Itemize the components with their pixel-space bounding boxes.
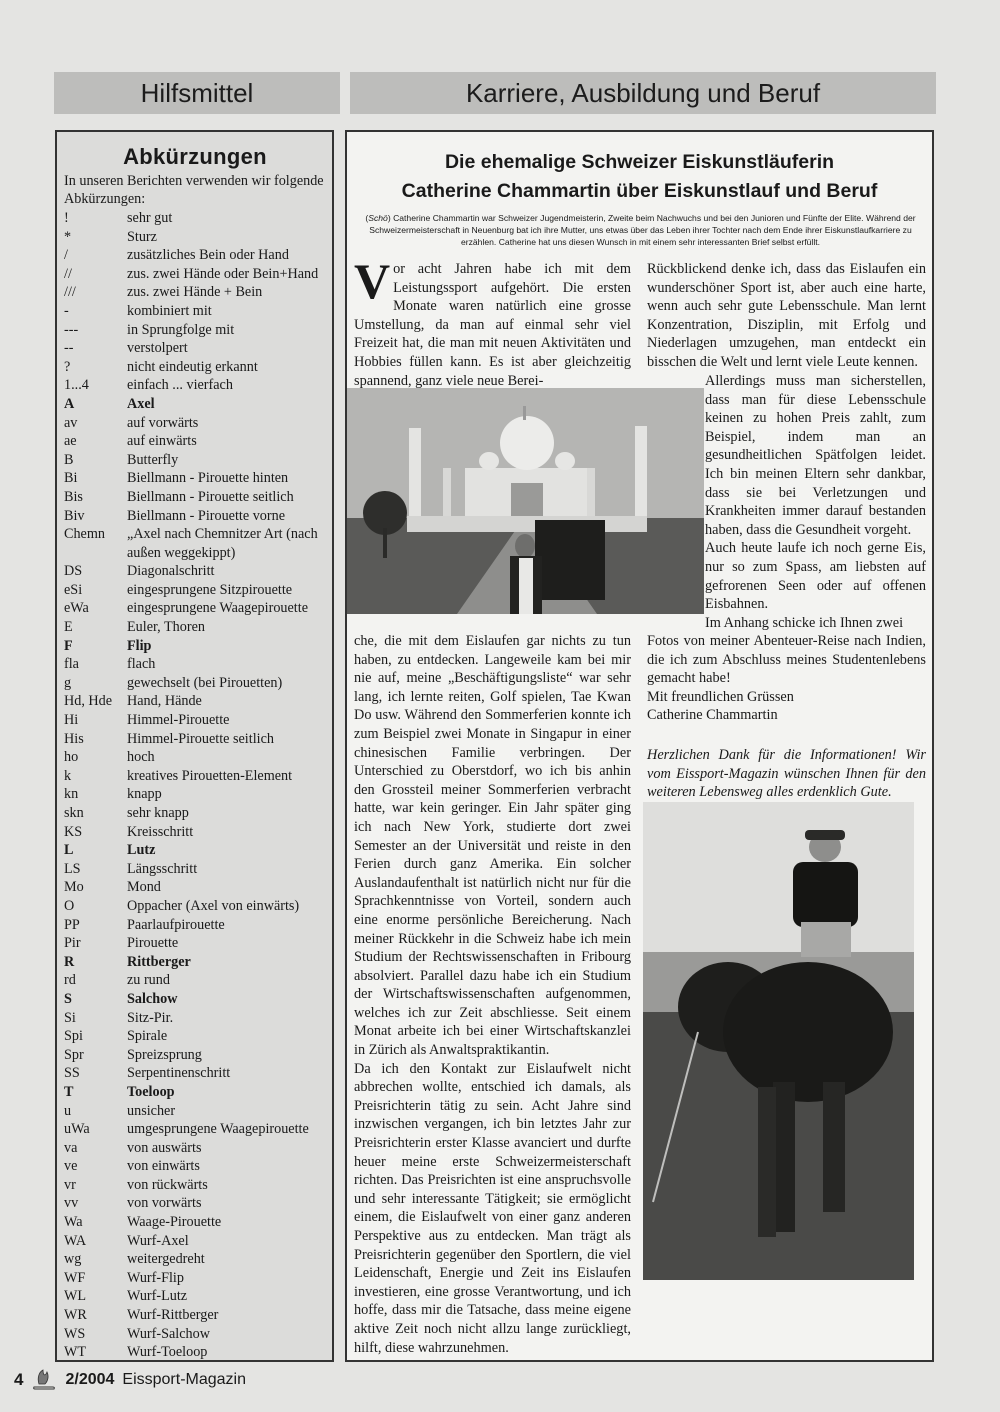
lead-author: Schö xyxy=(368,213,388,223)
abbreviation-meaning: weitergedreht xyxy=(127,1250,326,1269)
abbreviation-key: Spr xyxy=(64,1046,127,1065)
abbreviation-row: vrvon rückwärts xyxy=(64,1176,326,1195)
abbreviation-row: BisBiellmann - Pirouette seitlich xyxy=(64,488,326,507)
photo-taj-mahal xyxy=(347,388,704,614)
abbreviation-meaning: nicht eindeutig erkannt xyxy=(127,358,326,377)
abbreviation-row: WSWurf-Salchow xyxy=(64,1325,326,1344)
abbreviation-meaning: „Axel nach Chemnitzer Art (nach außen we… xyxy=(127,525,326,562)
photo-camel-ride xyxy=(643,802,914,1280)
article-lead: (Schö) Catherine Chammartin war Schweize… xyxy=(355,212,926,248)
abbreviation-row: SSalchow xyxy=(64,990,326,1009)
abbreviation-meaning: Mond xyxy=(127,878,326,897)
abbreviation-meaning: Wurf-Lutz xyxy=(127,1287,326,1306)
abbreviation-row: KSKreisschritt xyxy=(64,823,326,842)
abbreviation-row: WRWurf-Rittberger xyxy=(64,1306,326,1325)
abbreviation-key: WR xyxy=(64,1306,127,1325)
abbreviation-row: eSieingesprungene Sitzpirouette xyxy=(64,581,326,600)
abbreviation-meaning: Butterfly xyxy=(127,451,326,470)
abbreviation-key: Biv xyxy=(64,507,127,526)
abbreviation-meaning: Kreisschritt xyxy=(127,823,326,842)
abbreviation-meaning: Wurf-Toeloop xyxy=(127,1343,326,1362)
abbreviation-key: ae xyxy=(64,432,127,451)
abbreviation-meaning: Wurf-Salchow xyxy=(127,1325,326,1344)
article-paragraph: Rückblickend denke ich, dass das Eislauf… xyxy=(647,260,926,372)
abbreviation-row: MoMond xyxy=(64,878,326,897)
abbreviations-box: Abkürzungen In unseren Berichten verwend… xyxy=(55,130,334,1362)
closing-greeting: Mit freundlichen Grüssen xyxy=(647,688,926,707)
abbreviation-key: Hd, Hde xyxy=(64,692,127,711)
abbreviation-row: /zusätzliches Bein oder Hand xyxy=(64,246,326,265)
article-paragraph: Im Anhang schicke ich Ihnen zwei xyxy=(705,614,926,633)
abbreviation-meaning: Hand, Hände xyxy=(127,692,326,711)
abbreviation-key: g xyxy=(64,674,127,693)
abbreviation-row: BivBiellmann - Pirouette vorne xyxy=(64,507,326,526)
article: Die ehemalige Schweizer Eiskunstläuferin… xyxy=(345,130,934,1362)
lead-text: Catherine Chammartin war Schweizer Jugen… xyxy=(369,213,915,247)
article-column1-bottom: che, die mit dem Eislaufen gar nichts zu… xyxy=(354,632,631,1357)
abbreviation-meaning: Sturz xyxy=(127,228,326,247)
abbreviation-row: ---in Sprungfolge mit xyxy=(64,321,326,340)
abbreviation-meaning: hoch xyxy=(127,748,326,767)
abbreviation-row: kkreatives Pirouetten-Element xyxy=(64,767,326,786)
abbreviation-row: WTWurf-Toeloop xyxy=(64,1343,326,1362)
abbreviation-key: WS xyxy=(64,1325,127,1344)
abbreviation-key: Si xyxy=(64,1009,127,1028)
abbreviation-meaning: in Sprungfolge mit xyxy=(127,321,326,340)
abbreviation-meaning: Biellmann - Pirouette vorne xyxy=(127,507,326,526)
abbreviations-intro: In unseren Berichten verwenden wir folge… xyxy=(64,172,326,208)
abbreviation-key: /// xyxy=(64,283,127,302)
abbreviation-key: - xyxy=(64,302,127,321)
abbreviation-key: Hi xyxy=(64,711,127,730)
abbreviation-row: OOppacher (Axel von einwärts) xyxy=(64,897,326,916)
abbreviation-row: aeauf einwärts xyxy=(64,432,326,451)
abbreviation-key: WF xyxy=(64,1269,127,1288)
abbreviation-meaning: sehr gut xyxy=(127,209,326,228)
abbreviation-key: Spi xyxy=(64,1027,127,1046)
abbreviation-meaning: flach xyxy=(127,655,326,674)
abbreviation-key: va xyxy=(64,1139,127,1158)
abbreviation-meaning: Biellmann - Pirouette hinten xyxy=(127,469,326,488)
abbreviation-row: --verstolpert xyxy=(64,339,326,358)
editor-note-text: Herzlichen Dank für die Informationen! W… xyxy=(647,746,926,802)
abbreviation-key: B xyxy=(64,451,127,470)
abbreviation-key: R xyxy=(64,953,127,972)
abbreviation-row: HiHimmel-Pirouette xyxy=(64,711,326,730)
abbreviation-meaning: verstolpert xyxy=(127,339,326,358)
abbreviation-row: Hd, HdeHand, Hände xyxy=(64,692,326,711)
abbreviation-key: SS xyxy=(64,1064,127,1083)
abbreviation-key: KS xyxy=(64,823,127,842)
abbreviation-meaning: Spirale xyxy=(127,1027,326,1046)
abbreviation-key: u xyxy=(64,1102,127,1121)
abbreviation-meaning: Axel xyxy=(127,395,326,414)
abbreviation-meaning: Längsschritt xyxy=(127,860,326,879)
abbreviation-meaning: Pirouette xyxy=(127,934,326,953)
abbreviation-key: Chemn xyxy=(64,525,127,562)
abbreviation-row: ggewechselt (bei Pirouetten) xyxy=(64,674,326,693)
abbreviation-key: ve xyxy=(64,1157,127,1176)
article-paragraph: che, die mit dem Eislaufen gar nichts zu… xyxy=(354,632,631,1060)
abbreviation-key: Mo xyxy=(64,878,127,897)
abbreviation-key: DS xyxy=(64,562,127,581)
abbreviation-key: / xyxy=(64,246,127,265)
abbreviation-meaning: Diagonalschritt xyxy=(127,562,326,581)
abbreviation-row: BButterfly xyxy=(64,451,326,470)
drop-cap: V xyxy=(354,262,390,300)
abbreviation-key: E xyxy=(64,618,127,637)
abbreviation-key: eSi xyxy=(64,581,127,600)
abbreviation-meaning: zusätzliches Bein oder Hand xyxy=(127,246,326,265)
abbreviation-key: av xyxy=(64,414,127,433)
abbreviations-title: Abkürzungen xyxy=(64,144,326,170)
abbreviation-meaning: kombiniert mit xyxy=(127,302,326,321)
abbreviation-row: SprSpreizsprung xyxy=(64,1046,326,1065)
abbreviation-key: WT xyxy=(64,1343,127,1362)
abbreviation-key: S xyxy=(64,990,127,1009)
abbreviation-row: rdzu rund xyxy=(64,971,326,990)
abbreviation-key: vr xyxy=(64,1176,127,1195)
abbreviation-row: FFlip xyxy=(64,637,326,656)
abbreviation-key: L xyxy=(64,841,127,860)
abbreviation-meaning: zus. zwei Hände + Bein xyxy=(127,283,326,302)
article-column2-closing: Fotos von meiner Abenteuer-Reise nach In… xyxy=(647,632,926,725)
abbreviation-row: sknsehr knapp xyxy=(64,804,326,823)
abbreviation-meaning: eingesprungene Waagepirouette xyxy=(127,599,326,618)
abbreviation-key: Pir xyxy=(64,934,127,953)
abbreviation-meaning: Wurf-Flip xyxy=(127,1269,326,1288)
abbreviation-row: avauf vorwärts xyxy=(64,414,326,433)
abbreviation-row: hohoch xyxy=(64,748,326,767)
article-column1-top: Vor acht Jahren habe ich mit dem Leistun… xyxy=(354,260,631,390)
article-title-line1: Die ehemalige Schweizer Eiskunstläuferin xyxy=(347,148,932,177)
abbreviation-meaning: auf einwärts xyxy=(127,432,326,451)
abbreviation-key: eWa xyxy=(64,599,127,618)
taj-mahal-image-icon xyxy=(347,388,704,614)
abbreviation-row: *Sturz xyxy=(64,228,326,247)
signature: Catherine Chammartin xyxy=(647,706,926,725)
abbreviation-row: //zus. zwei Hände oder Bein+Hand xyxy=(64,265,326,284)
abbreviation-key: * xyxy=(64,228,127,247)
abbreviation-key: WL xyxy=(64,1287,127,1306)
abbreviation-key: His xyxy=(64,730,127,749)
abbreviation-meaning: einfach ... vierfach xyxy=(127,376,326,395)
abbreviation-row: knknapp xyxy=(64,785,326,804)
abbreviation-key: fla xyxy=(64,655,127,674)
abbreviation-meaning: Paarlaufpirouette xyxy=(127,916,326,935)
skate-bird-logo-icon xyxy=(31,1368,57,1392)
article-title: Die ehemalige Schweizer Eiskunstläuferin… xyxy=(347,148,932,206)
abbreviation-key: vv xyxy=(64,1194,127,1213)
abbreviation-row: WFWurf-Flip xyxy=(64,1269,326,1288)
abbreviation-meaning: zu rund xyxy=(127,971,326,990)
abbreviation-meaning: umgesprungene Waagepirouette xyxy=(127,1120,326,1139)
abbreviation-meaning: Waage-Pirouette xyxy=(127,1213,326,1232)
abbreviation-row: EEuler, Thoren xyxy=(64,618,326,637)
abbreviation-row: !sehr gut xyxy=(64,209,326,228)
article-paragraph: Da ich den Kontakt zur Eislaufwelt nicht… xyxy=(354,1060,631,1358)
abbreviation-meaning: Toeloop xyxy=(127,1083,326,1102)
abbreviation-key: -- xyxy=(64,339,127,358)
abbreviation-row: vevon einwärts xyxy=(64,1157,326,1176)
abbreviation-row: eWaeingesprungene Waagepirouette xyxy=(64,599,326,618)
abbreviation-row: HisHimmel-Pirouette seitlich xyxy=(64,730,326,749)
abbreviation-row: PirPirouette xyxy=(64,934,326,953)
abbreviation-row: 1...4einfach ... vierfach xyxy=(64,376,326,395)
abbreviation-key: Bi xyxy=(64,469,127,488)
section-header-left: Hilfsmittel xyxy=(54,72,340,114)
abbreviation-row: PPPaarlaufpirouette xyxy=(64,916,326,935)
abbreviation-meaning: Oppacher (Axel von einwärts) xyxy=(127,897,326,916)
abbreviation-meaning: Himmel-Pirouette xyxy=(127,711,326,730)
abbreviation-row: uunsicher xyxy=(64,1102,326,1121)
page-number: 4 xyxy=(14,1370,23,1390)
abbreviation-meaning: Salchow xyxy=(127,990,326,1009)
abbreviation-meaning: gewechselt (bei Pirouetten) xyxy=(127,674,326,693)
article-paragraph: or acht Jahren habe ich mit dem Leistung… xyxy=(354,261,631,389)
abbreviation-key: WA xyxy=(64,1232,127,1251)
abbreviation-key: ? xyxy=(64,358,127,377)
magazine-name: Eissport-Magazin xyxy=(122,1371,246,1389)
article-paragraph: Fotos von meiner Abenteuer-Reise nach In… xyxy=(647,632,926,688)
section-title-hilfsmittel: Hilfsmittel xyxy=(141,78,254,109)
abbreviation-key: O xyxy=(64,897,127,916)
abbreviation-row: WLWurf-Lutz xyxy=(64,1287,326,1306)
abbreviation-key: Bis xyxy=(64,488,127,507)
editor-note: Herzlichen Dank für die Informationen! W… xyxy=(647,746,926,802)
abbreviation-key: PP xyxy=(64,916,127,935)
abbreviation-row: -kombiniert mit xyxy=(64,302,326,321)
abbreviation-meaning: Spreizsprung xyxy=(127,1046,326,1065)
abbreviation-meaning: von rückwärts xyxy=(127,1176,326,1195)
page-footer: 4 2/2004 Eissport-Magazin xyxy=(14,1368,246,1392)
abbreviation-row: ?nicht eindeutig erkannt xyxy=(64,358,326,377)
issue-number: 2/2004 xyxy=(65,1371,114,1389)
abbreviation-meaning: Wurf-Rittberger xyxy=(127,1306,326,1325)
abbreviation-meaning: von auswärts xyxy=(127,1139,326,1158)
abbreviation-meaning: von einwärts xyxy=(127,1157,326,1176)
abbreviation-row: wgweitergedreht xyxy=(64,1250,326,1269)
abbreviation-key: ! xyxy=(64,209,127,228)
abbreviation-meaning: Serpentinenschritt xyxy=(127,1064,326,1083)
abbreviation-meaning: zus. zwei Hände oder Bein+Hand xyxy=(127,265,326,284)
abbreviation-meaning: Sitz-Pir. xyxy=(127,1009,326,1028)
abbreviation-meaning: Wurf-Axel xyxy=(127,1232,326,1251)
abbreviation-key: A xyxy=(64,395,127,414)
abbreviation-row: flaflach xyxy=(64,655,326,674)
abbreviation-row: LLutz xyxy=(64,841,326,860)
abbreviation-row: SSSerpentinenschritt xyxy=(64,1064,326,1083)
article-column2-narrow: Allerdings muss man sicherstellen, dass … xyxy=(705,372,926,632)
abbreviation-row: Chemn„Axel nach Chemnitzer Art (nach auß… xyxy=(64,525,326,562)
abbreviation-meaning: sehr knapp xyxy=(127,804,326,823)
article-title-line2: Catherine Chammartin über Eiskunstlauf u… xyxy=(347,177,932,206)
abbreviation-key: LS xyxy=(64,860,127,879)
abbreviation-key: 1...4 xyxy=(64,376,127,395)
abbreviation-row: SiSitz-Pir. xyxy=(64,1009,326,1028)
abbreviation-key: kn xyxy=(64,785,127,804)
abbreviation-row: SpiSpirale xyxy=(64,1027,326,1046)
abbreviation-meaning: Himmel-Pirouette seitlich xyxy=(127,730,326,749)
abbreviation-key: Wa xyxy=(64,1213,127,1232)
section-title-karriere: Karriere, Ausbildung und Beruf xyxy=(466,78,820,109)
abbreviation-row: RRittberger xyxy=(64,953,326,972)
abbreviation-key: rd xyxy=(64,971,127,990)
article-paragraph: Allerdings muss man sicherstellen, dass … xyxy=(705,372,926,539)
abbreviation-meaning: Rittberger xyxy=(127,953,326,972)
abbreviation-meaning: Lutz xyxy=(127,841,326,860)
article-column2-top: Rückblickend denke ich, dass das Eislauf… xyxy=(647,260,926,372)
abbreviation-row: WAWurf-Axel xyxy=(64,1232,326,1251)
abbreviation-key: ho xyxy=(64,748,127,767)
abbreviation-meaning: knapp xyxy=(127,785,326,804)
abbreviation-row: vavon auswärts xyxy=(64,1139,326,1158)
abbreviation-row: TToeloop xyxy=(64,1083,326,1102)
abbreviation-meaning: Biellmann - Pirouette seitlich xyxy=(127,488,326,507)
abbreviation-meaning: von vorwärts xyxy=(127,1194,326,1213)
article-paragraph: Auch heute laufe ich noch gerne Eis, nur… xyxy=(705,539,926,613)
abbreviation-row: AAxel xyxy=(64,395,326,414)
abbreviation-row: ///zus. zwei Hände + Bein xyxy=(64,283,326,302)
abbreviations-list: !sehr gut*Sturz/zusätzliches Bein oder H… xyxy=(64,209,326,1362)
abbreviation-row: DSDiagonalschritt xyxy=(64,562,326,581)
abbreviation-meaning: kreatives Pirouetten-Element xyxy=(127,767,326,786)
abbreviation-key: // xyxy=(64,265,127,284)
abbreviation-key: uWa xyxy=(64,1120,127,1139)
abbreviation-key: k xyxy=(64,767,127,786)
abbreviation-meaning: unsicher xyxy=(127,1102,326,1121)
abbreviation-meaning: eingesprungene Sitzpirouette xyxy=(127,581,326,600)
abbreviation-meaning: auf vorwärts xyxy=(127,414,326,433)
camel-ride-image-icon xyxy=(643,802,914,1280)
abbreviation-key: T xyxy=(64,1083,127,1102)
abbreviation-key: F xyxy=(64,637,127,656)
abbreviation-meaning: Euler, Thoren xyxy=(127,618,326,637)
abbreviation-row: vvvon vorwärts xyxy=(64,1194,326,1213)
abbreviation-row: LSLängsschritt xyxy=(64,860,326,879)
abbreviation-row: uWaumgesprungene Waagepirouette xyxy=(64,1120,326,1139)
abbreviation-key: --- xyxy=(64,321,127,340)
abbreviation-row: BiBiellmann - Pirouette hinten xyxy=(64,469,326,488)
abbreviation-key: skn xyxy=(64,804,127,823)
abbreviation-meaning: Flip xyxy=(127,637,326,656)
abbreviation-row: WaWaage-Pirouette xyxy=(64,1213,326,1232)
section-header-right: Karriere, Ausbildung und Beruf xyxy=(350,72,936,114)
abbreviation-key: wg xyxy=(64,1250,127,1269)
